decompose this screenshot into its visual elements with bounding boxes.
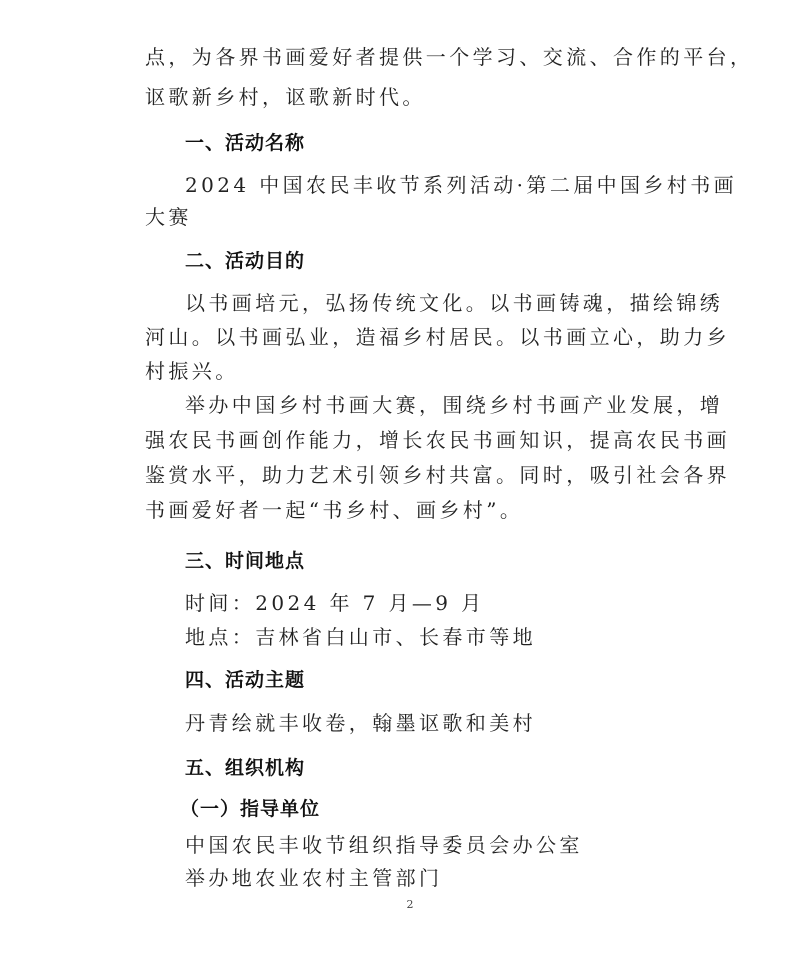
- page-number: 2: [0, 898, 800, 911]
- section-heading-organization: 五、组织机构: [185, 756, 305, 780]
- purpose-line-5: 强农民书画创作能力，增长农民书画知识，提高农民书画: [145, 428, 675, 452]
- intro-line-2: 讴歌新乡村，讴歌新时代。: [145, 85, 675, 109]
- section-heading-activity-name: 一、活动名称: [185, 131, 305, 155]
- activity-name-line-1: 2024 中国农民丰收节系列活动·第二届中国乡村书画: [185, 173, 715, 197]
- guidance-unit-1: 中国农民丰收节组织指导委员会办公室: [185, 833, 715, 857]
- section-heading-activity-purpose: 二、活动目的: [185, 249, 305, 273]
- document-page: 点，为各界书画爱好者提供一个学习、交流、合作的平台， 讴歌新乡村，讴歌新时代。 …: [0, 0, 800, 968]
- guidance-unit-2: 举办地农业农村主管部门: [185, 866, 715, 890]
- intro-line-1: 点，为各界书画爱好者提供一个学习、交流、合作的平台，: [145, 45, 675, 69]
- activity-name-line-2: 大赛: [145, 205, 675, 229]
- purpose-line-3: 村振兴。: [145, 359, 675, 383]
- place-line: 地点：吉林省白山市、长春市等地: [185, 625, 715, 649]
- purpose-line-2: 河山。以书画弘业，造福乡村居民。以书画立心，助力乡: [145, 325, 675, 349]
- subsection-heading-guidance-units: （一）指导单位: [180, 797, 320, 821]
- time-line: 时间：2024 年 7 月—9 月: [185, 591, 715, 615]
- purpose-line-1: 以书画培元，弘扬传统文化。以书画铸魂，描绘锦绣: [185, 291, 715, 315]
- section-heading-theme: 四、活动主题: [185, 668, 305, 692]
- section-heading-time-place: 三、时间地点: [185, 549, 305, 573]
- purpose-line-7: 书画爱好者一起“书乡村、画乡村”。: [145, 498, 675, 522]
- theme-line: 丹青绘就丰收卷，翰墨讴歌和美村: [185, 711, 715, 735]
- purpose-line-4: 举办中国乡村书画大赛，围绕乡村书画产业发展，增: [185, 393, 715, 417]
- purpose-line-6: 鉴赏水平，助力艺术引领乡村共富。同时，吸引社会各界: [145, 463, 675, 487]
